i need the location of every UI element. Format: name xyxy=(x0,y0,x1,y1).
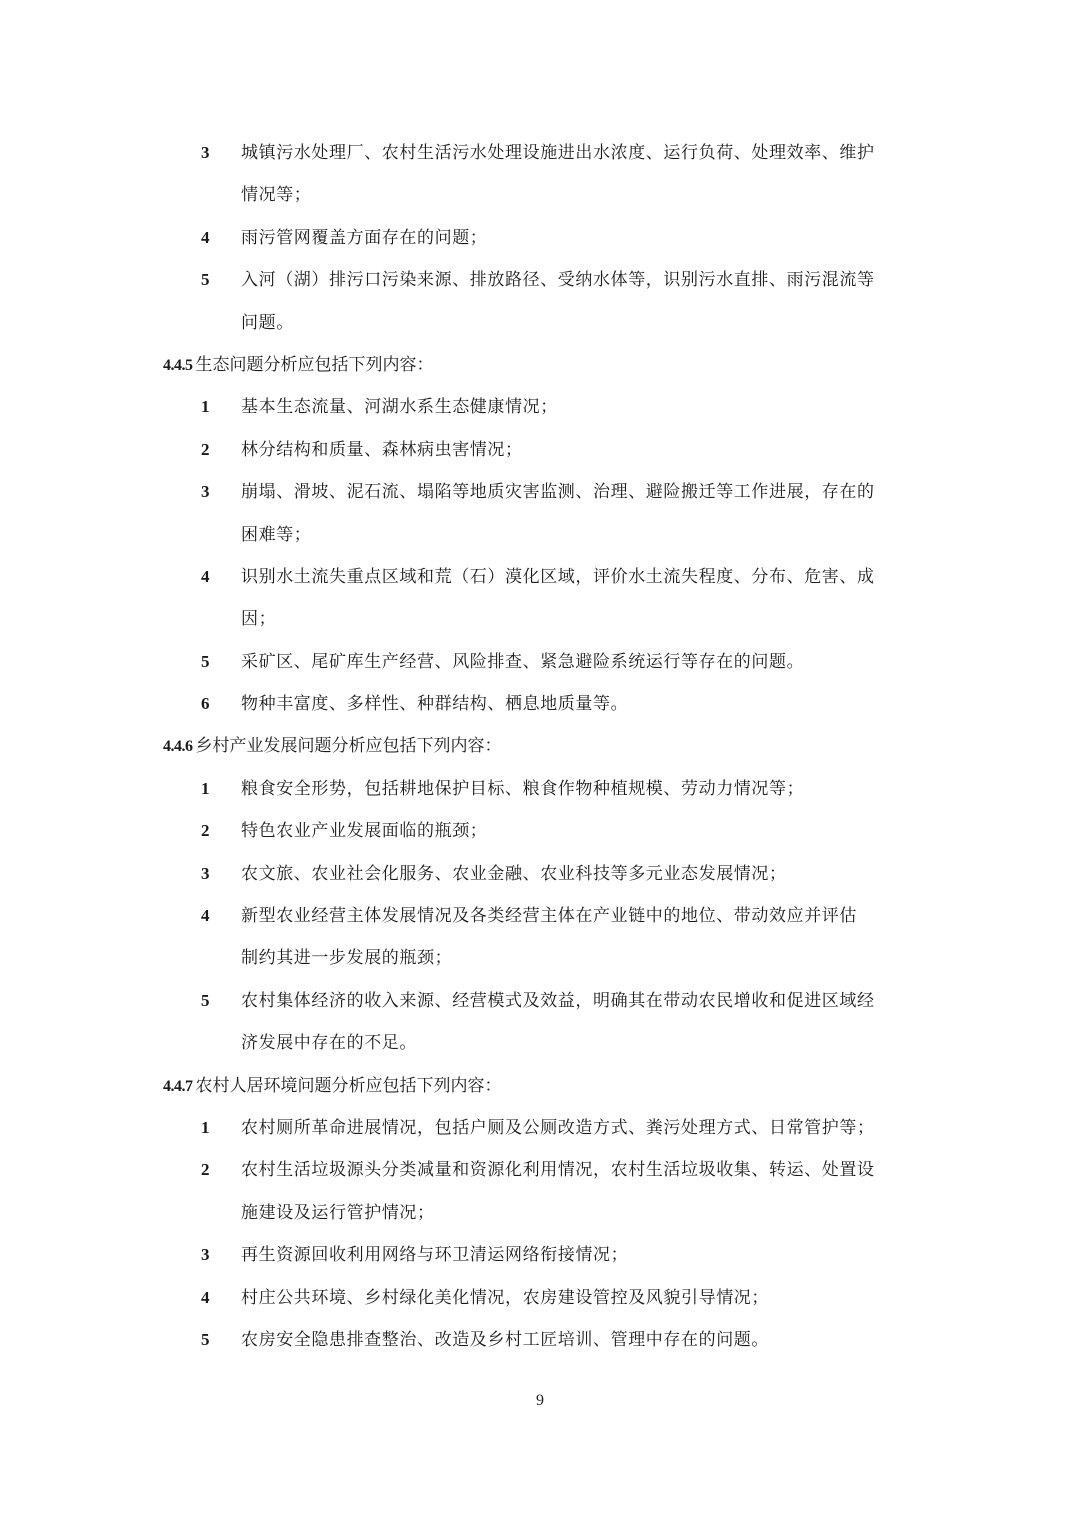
list-item-number: 5 xyxy=(201,1319,210,1361)
list-item-number: 1 xyxy=(201,386,210,428)
list-item: 1农村厕所革命进展情况，包括户厕及公厕改造方式、粪污处理方式、日常管护等； xyxy=(163,1107,923,1149)
list-item: 5农房安全隐患排查整治、改造及乡村工匠培训、管理中存在的问题。 xyxy=(163,1319,923,1361)
list-item-number: 2 xyxy=(201,1149,210,1191)
list-item-number: 4 xyxy=(201,895,210,937)
list-item: 3再生资源回收利用网络与环卫清运网络衔接情况； xyxy=(163,1234,923,1276)
list-item-number: 3 xyxy=(201,853,210,895)
list-item-number: 3 xyxy=(201,1234,210,1276)
list-item-text: 困难等； xyxy=(241,514,311,556)
list-item-continuation: 情况等； xyxy=(163,174,923,216)
list-item: 4识别水土流失重点区域和荒（石）漠化区域，评价水土流失程度、分布、危害、成 xyxy=(163,556,923,598)
list-item-number: 5 xyxy=(201,641,210,683)
list-item: 1粮食安全形势，包括耕地保护目标、粮食作物种植规模、劳动力情况等； xyxy=(163,768,923,810)
section-title: 农村人居环境问题分析应包括下列内容： xyxy=(196,1076,502,1096)
list-item-number: 6 xyxy=(201,683,210,725)
list-item-continuation: 济发展中存在的不足。 xyxy=(163,1022,923,1064)
list-item-number: 4 xyxy=(201,556,210,598)
list-item: 2林分结构和质量、森林病虫害情况； xyxy=(163,429,923,471)
list-item: 2特色农业产业发展面临的瓶颈； xyxy=(163,810,923,852)
section-title: 生态问题分析应包括下列内容： xyxy=(196,355,434,375)
list-item-text: 粮食安全形势，包括耕地保护目标、粮食作物种植规模、劳动力情况等； xyxy=(241,768,804,810)
section-number: 4.4.7 xyxy=(163,1078,193,1095)
list-item: 4新型农业经营主体发展情况及各类经营主体在产业链中的地位、带动效应并评估 xyxy=(163,895,923,937)
list-item-number: 3 xyxy=(201,471,210,513)
list-item-number: 1 xyxy=(201,1107,210,1149)
list-item-text: 问题。 xyxy=(241,302,294,344)
list-item-text: 入河（湖）排污口污染来源、排放路径、受纳水体等，识别污水直排、雨污混流等 xyxy=(241,259,875,301)
list-item-text: 农房安全隐患排查整治、改造及乡村工匠培训、管理中存在的问题。 xyxy=(241,1319,769,1361)
document-page: 3城镇污水处理厂、农村生活污水处理设施进出水浓度、运行负荷、处理效率、维护情况等… xyxy=(0,0,1080,1527)
list-item-continuation: 施建设及运行管护情况； xyxy=(163,1192,923,1234)
list-item-text: 基本生态流量、河湖水系生态健康情况； xyxy=(241,386,558,428)
list-item-text: 村庄公共环境、乡村绿化美化情况，农房建设管控及风貌引导情况； xyxy=(241,1277,769,1319)
list-item: 5农村集体经济的收入来源、经营模式及效益，明确其在带动农民增收和促进区域经 xyxy=(163,980,923,1022)
list-item: 3崩塌、滑坡、泥石流、塌陷等地质灾害监测、治理、避险搬迁等工作进展，存在的 xyxy=(163,471,923,513)
list-item: 5入河（湖）排污口污染来源、排放路径、受纳水体等，识别污水直排、雨污混流等 xyxy=(163,259,923,301)
list-item-text: 济发展中存在的不足。 xyxy=(241,1022,417,1064)
page-number: 9 xyxy=(0,1392,1080,1410)
list-item-continuation: 因； xyxy=(163,598,923,640)
section-number: 4.4.5 xyxy=(163,357,193,374)
list-item-text: 新型农业经营主体发展情况及各类经营主体在产业链中的地位、带动效应并评估 xyxy=(241,895,857,937)
list-item-text: 制约其进一步发展的瓶颈； xyxy=(241,937,452,979)
list-item-number: 2 xyxy=(201,810,210,852)
list-item-text: 城镇污水处理厂、农村生活污水处理设施进出水浓度、运行负荷、处理效率、维护 xyxy=(241,132,875,174)
list-item: 5采矿区、尾矿库生产经营、风险排查、紧急避险系统运行等存在的问题。 xyxy=(163,641,923,683)
list-item-continuation: 问题。 xyxy=(163,302,923,344)
list-item: 3城镇污水处理厂、农村生活污水处理设施进出水浓度、运行负荷、处理效率、维护 xyxy=(163,132,923,174)
list-item-text: 农文旅、农业社会化服务、农业金融、农业科技等多元业态发展情况； xyxy=(241,853,787,895)
list-item: 4村庄公共环境、乡村绿化美化情况，农房建设管控及风貌引导情况； xyxy=(163,1277,923,1319)
list-item-number: 5 xyxy=(201,980,210,1022)
list-item-text: 采矿区、尾矿库生产经营、风险排查、紧急避险系统运行等存在的问题。 xyxy=(241,641,804,683)
section-heading: 4.4.7农村人居环境问题分析应包括下列内容： xyxy=(163,1065,923,1107)
list-item-text: 农村生活垃圾源头分类减量和资源化利用情况，农村生活垃圾收集、转运、处置设 xyxy=(241,1149,875,1191)
list-item-text: 雨污管网覆盖方面存在的问题； xyxy=(241,217,487,259)
section-number: 4.4.6 xyxy=(163,738,193,755)
list-item-number: 5 xyxy=(201,259,210,301)
list-item-number: 4 xyxy=(201,217,210,259)
list-item-number: 1 xyxy=(201,768,210,810)
list-item-text: 施建设及运行管护情况； xyxy=(241,1192,435,1234)
list-item: 6物种丰富度、多样性、种群结构、栖息地质量等。 xyxy=(163,683,923,725)
list-item-text: 情况等； xyxy=(241,174,311,216)
list-item-text: 农村厕所革命进展情况，包括户厕及公厕改造方式、粪污处理方式、日常管护等； xyxy=(241,1107,875,1149)
list-item-text: 农村集体经济的收入来源、经营模式及效益，明确其在带动农民增收和促进区域经 xyxy=(241,980,875,1022)
list-item-number: 2 xyxy=(201,429,210,471)
list-item: 1基本生态流量、河湖水系生态健康情况； xyxy=(163,386,923,428)
page-content: 3城镇污水处理厂、农村生活污水处理设施进出水浓度、运行负荷、处理效率、维护情况等… xyxy=(163,132,923,1361)
list-item-text: 因； xyxy=(241,598,276,640)
section-title: 乡村产业发展问题分析应包括下列内容： xyxy=(196,736,502,756)
section-heading: 4.4.6乡村产业发展问题分析应包括下列内容： xyxy=(163,725,923,767)
section-heading: 4.4.5生态问题分析应包括下列内容： xyxy=(163,344,923,386)
list-item-text: 再生资源回收利用网络与环卫清运网络衔接情况； xyxy=(241,1234,628,1276)
list-item: 3农文旅、农业社会化服务、农业金融、农业科技等多元业态发展情况； xyxy=(163,853,923,895)
list-item-continuation: 困难等； xyxy=(163,514,923,556)
list-item-text: 特色农业产业发展面临的瓶颈； xyxy=(241,810,487,852)
list-item-text: 识别水土流失重点区域和荒（石）漠化区域，评价水土流失程度、分布、危害、成 xyxy=(241,556,875,598)
list-item-number: 3 xyxy=(201,132,210,174)
list-item-text: 林分结构和质量、森林病虫害情况； xyxy=(241,429,523,471)
list-item: 4雨污管网覆盖方面存在的问题； xyxy=(163,217,923,259)
list-item-text: 崩塌、滑坡、泥石流、塌陷等地质灾害监测、治理、避险搬迁等工作进展，存在的 xyxy=(241,471,875,513)
list-item-text: 物种丰富度、多样性、种群结构、栖息地质量等。 xyxy=(241,683,628,725)
list-item: 2农村生活垃圾源头分类减量和资源化利用情况，农村生活垃圾收集、转运、处置设 xyxy=(163,1149,923,1191)
list-item-number: 4 xyxy=(201,1277,210,1319)
list-item-continuation: 制约其进一步发展的瓶颈； xyxy=(163,937,923,979)
